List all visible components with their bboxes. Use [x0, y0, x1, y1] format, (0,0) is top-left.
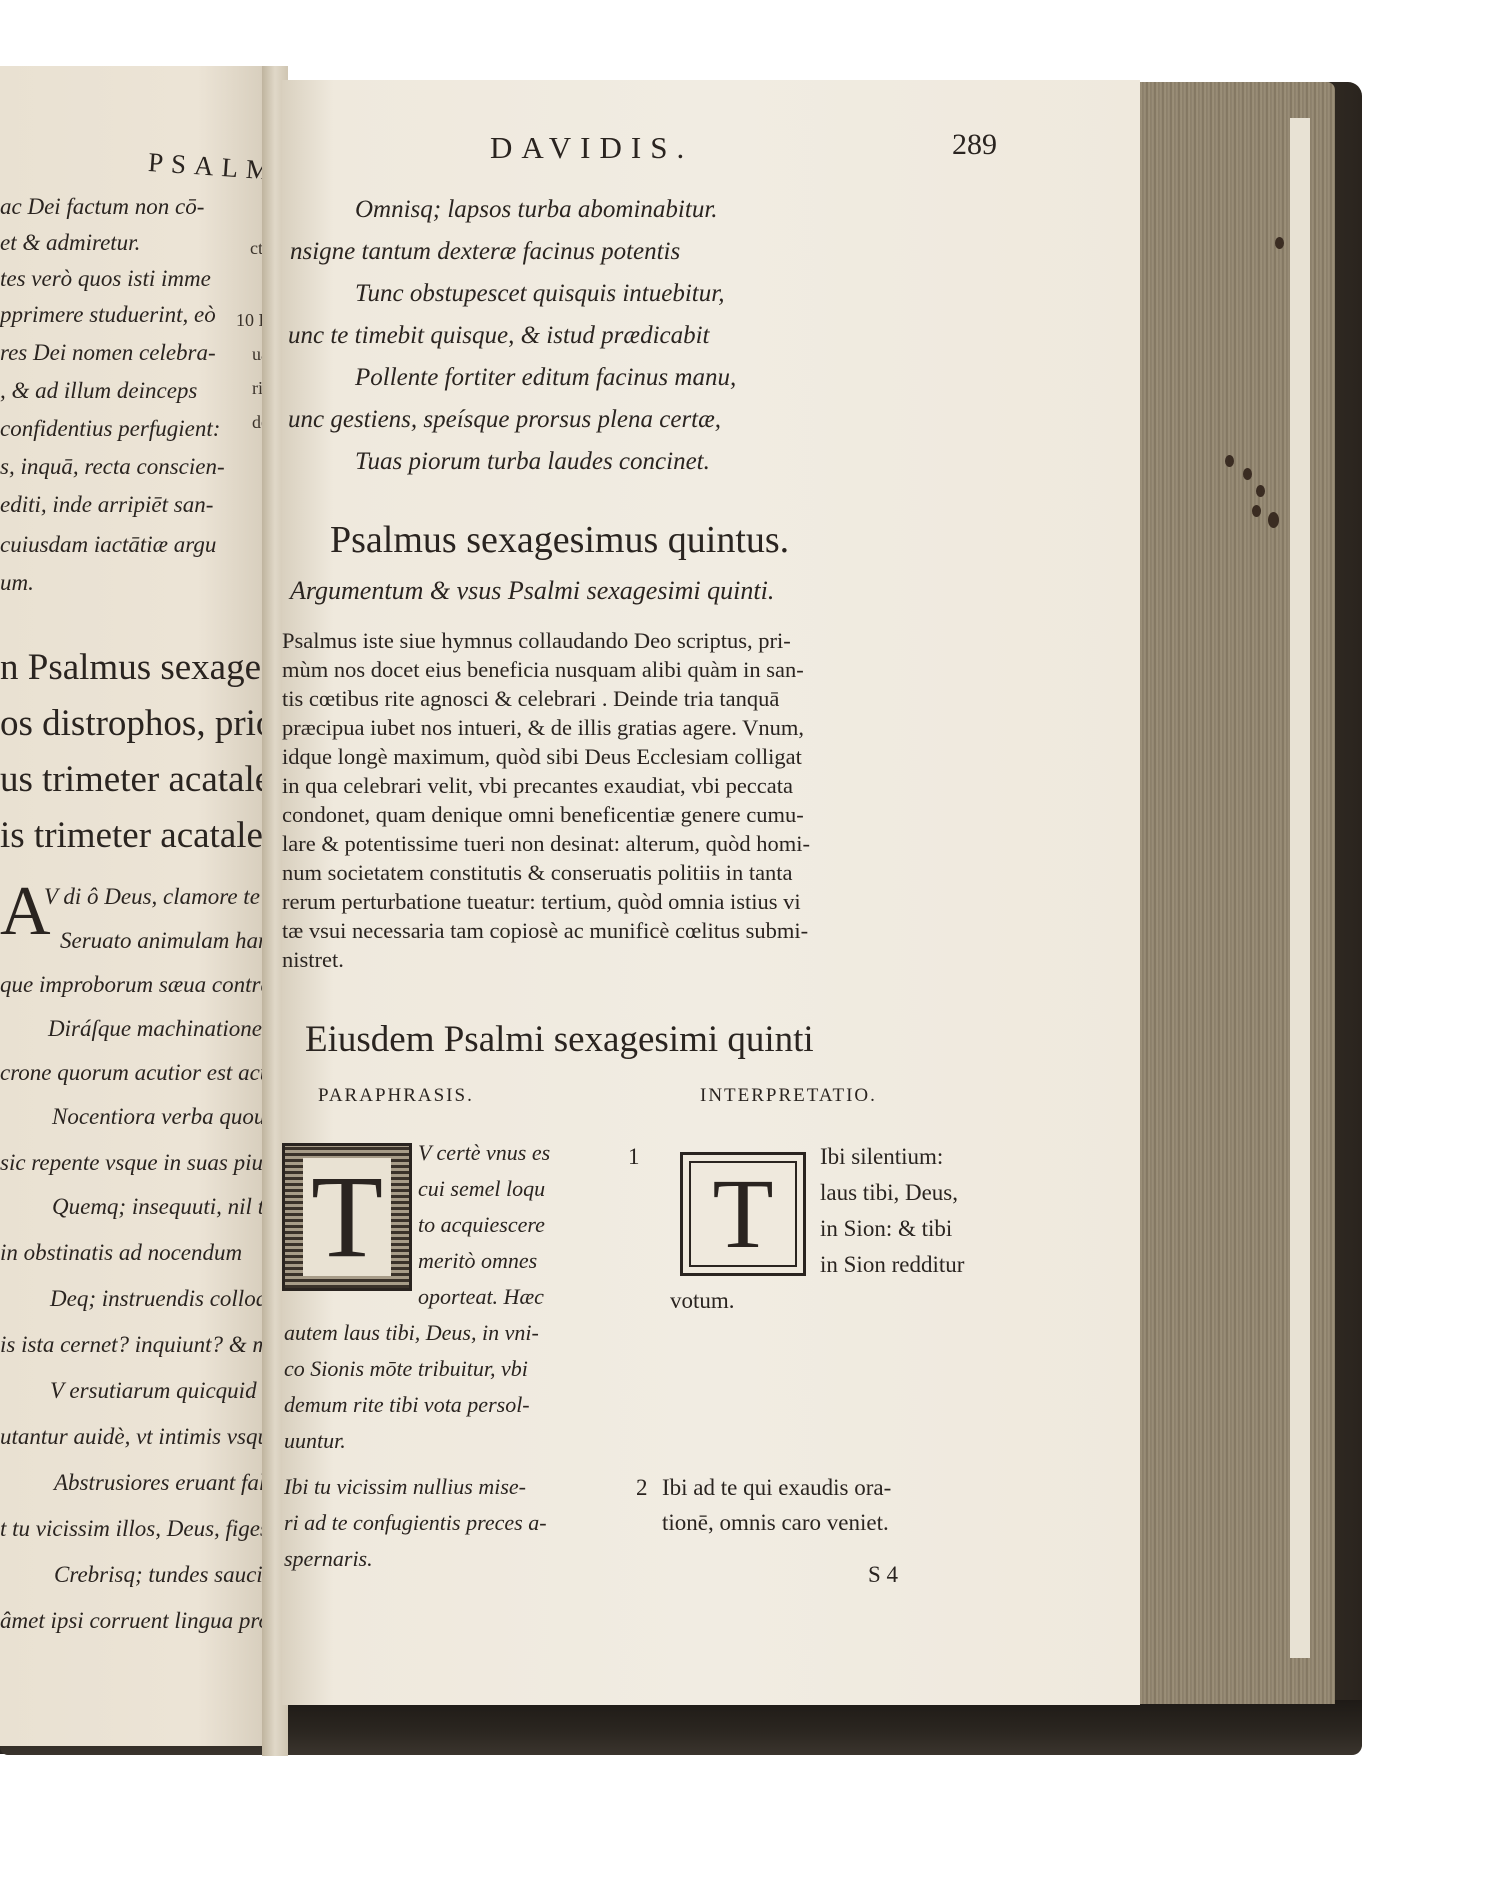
- argument-line: num societatem constitutis & conseruatis…: [282, 860, 793, 886]
- verse-line: Quemq; insequuti, nil timen: [52, 1194, 282, 1220]
- commentary-line: s, inquā, recta conscien-: [0, 454, 225, 480]
- meter-line: n Psalmus sexagesimus: [0, 646, 282, 689]
- verse-line: Crebrisq; tundes sauciatos: [54, 1562, 282, 1588]
- drop-initial-letter: T: [303, 1158, 391, 1276]
- argument-line: mùm nos docet eius beneficia nusquam ali…: [282, 657, 804, 683]
- verse-line: Pollente fortiter editum facinus manu,: [355, 364, 736, 392]
- interpretatio-line: votum.: [670, 1288, 735, 1314]
- argument-line: nistret.: [282, 947, 344, 973]
- verse-line: Tuas piorum turba laudes concinet.: [355, 448, 710, 476]
- verse-line: que improborum sæua contra: [0, 972, 272, 998]
- paraphrasis-line: demum rite tibi vota persol-: [284, 1392, 530, 1418]
- interpretatio-line: laus tibi, Deus,: [820, 1180, 958, 1206]
- fox-stain: [1225, 455, 1234, 467]
- interpretatio-line: in Sion: & tibi: [820, 1216, 952, 1242]
- argument-line: lare & potentissime tueri non desinat: a…: [282, 831, 810, 857]
- fox-stain: [1252, 505, 1261, 517]
- interpretatio-line: tionē, omnis caro veniet.: [662, 1510, 889, 1536]
- commentary-line: res Dei nomen celebra-: [0, 340, 216, 366]
- commentary-line: et & admiretur.: [0, 230, 140, 256]
- fox-stain: [1275, 237, 1284, 249]
- paraphrasis-line: to acquiescere: [418, 1212, 545, 1238]
- simple-drop-initial: T: [680, 1152, 806, 1276]
- paraphrasis-line: co Sionis mōte tribuitur, vbi: [284, 1356, 528, 1382]
- argument-line: præcipua iubet nos intueri, & de illis g…: [282, 715, 804, 741]
- paraphrasis-line: meritò omnes: [418, 1248, 537, 1274]
- argument-line: idque longè maximum, quòd sibi Deus Eccl…: [282, 744, 802, 770]
- commentary-line: um.: [0, 570, 34, 596]
- interpretatio-line: in Sion redditur: [820, 1252, 964, 1278]
- paraphrasis-line: autem laus tibi, Deus, in vni-: [284, 1320, 539, 1346]
- verse-line: unc gestiens, speísque prorsus plena cer…: [288, 406, 721, 434]
- drop-initial-letter: T: [712, 1164, 773, 1264]
- argument-line: tæ vsui necessaria tam copiosè ac munifi…: [282, 918, 808, 944]
- left-page: PSALMI ac Dei factum non cō- et & admire…: [0, 66, 282, 1746]
- verse-line: nsigne tantum dexteræ facinus potentis: [290, 238, 680, 266]
- verse-line: unc te timebit quisque, & istud prædicab…: [288, 322, 710, 350]
- verse-line: utantur auidè, vt intimis vsque: [0, 1424, 279, 1450]
- paraphrasis-line: cui semel loqu: [418, 1176, 545, 1202]
- drop-initial: A: [0, 872, 51, 952]
- argument-line: Psalmus iste siue hymnus collaudando Deo…: [282, 628, 791, 654]
- commentary-line: cuiusdam iactātiæ argu: [0, 532, 216, 558]
- commentary-line: editi, inde arripiēt san-: [0, 492, 213, 518]
- argument-line: in qua celebrari velit, vbi precantes ex…: [282, 773, 793, 799]
- commentary-line: pprimere studuerint, eò: [0, 302, 216, 328]
- commentary-line: ac Dei factum non cō-: [0, 194, 204, 220]
- paraphrasis-line: V certè vnus es: [418, 1140, 550, 1166]
- verse-line: Nocentiora verba quouis: [52, 1104, 281, 1130]
- fox-stain: [1268, 512, 1279, 528]
- psalm-title: Psalmus sexagesimus quintus.: [330, 518, 789, 562]
- verse-line: âmet ipsi corruent lingua prot: [0, 1608, 276, 1634]
- argument-title: Argumentum & vsus Psalmi sexagesimi quin…: [290, 576, 774, 606]
- paraphrasis-line: oporteat. Hæc: [418, 1284, 544, 1310]
- fox-stain: [1256, 485, 1265, 497]
- argument-line: tis cœtibus rite agnosci & celebrari . D…: [282, 686, 779, 712]
- meter-line: is trimeter acatalecticus: [0, 814, 282, 857]
- verse-line: t tu vicissim illos, Deus, figes: [0, 1516, 269, 1542]
- argument-line: condonet, quam denique omni beneficentiæ…: [282, 802, 804, 828]
- verse-line: V di ô Deus, clamore te ma: [44, 884, 282, 910]
- verse-number: 1: [628, 1144, 640, 1170]
- verse-line: Omnisq; lapsos turba abominabitur.: [355, 196, 718, 224]
- interpretatio-line: Ibi silentium:: [820, 1144, 943, 1170]
- meter-line: os distrophos, prior ve: [0, 702, 282, 745]
- commentary-line: confidentius perfugient:: [0, 416, 220, 442]
- verse-line: is ista cernet? inquiunt? & mox: [0, 1332, 282, 1358]
- column-heading-paraphrasis: PARAPHRASIS.: [318, 1085, 474, 1107]
- verse-line: in obstinatis ad nocendum: [0, 1240, 242, 1266]
- meter-line: us trimeter acatalecticus: [0, 758, 282, 801]
- paraphrasis-line: ri ad te confugientis preces a-: [284, 1510, 547, 1536]
- interpretatio-line: Ibi ad te qui exaudis ora-: [662, 1475, 891, 1501]
- verse-line: Diráſque machinationes: [48, 1016, 271, 1042]
- signature-mark: S 4: [868, 1562, 898, 1588]
- verse-number: 2: [636, 1475, 648, 1501]
- commentary-line: tes verò quos isti imme: [0, 266, 211, 292]
- verse-line: sic repente vsque in suas pium: [0, 1150, 280, 1176]
- verse-line: crone quorum acutior est acuto: [0, 1060, 282, 1086]
- verse-line: V ersutiarum quicquid in: [50, 1378, 280, 1404]
- page-number: 289: [952, 128, 997, 162]
- verse-line: Seruato animulam hanc: [60, 928, 280, 954]
- ornate-drop-initial: T: [282, 1143, 412, 1291]
- verse-line: Tunc obstupescet quisquis intuebitur,: [355, 280, 724, 308]
- verse-line: Deq; instruendis colloquiis: [50, 1286, 282, 1312]
- argument-line: rerum perturbatione tueatur: tertium, qu…: [282, 889, 801, 915]
- running-head: DAVIDIS.: [490, 130, 693, 166]
- verse-line: Abstrusiores eruant fallacias: [54, 1470, 282, 1496]
- fox-stain: [1243, 468, 1252, 480]
- paraphrasis-line: uuntur.: [284, 1428, 346, 1454]
- endpaper-edge: [1290, 118, 1310, 1658]
- commentary-line: , & ad illum deinceps: [0, 378, 197, 404]
- paraphrasis-line: spernaris.: [284, 1546, 373, 1572]
- section-title: Eiusdem Psalmi sexagesimi quinti: [305, 1018, 814, 1061]
- column-heading-interpretatio: INTERPRETATIO.: [700, 1085, 877, 1107]
- paraphrasis-line: Ibi tu vicissim nullius mise-: [284, 1474, 526, 1500]
